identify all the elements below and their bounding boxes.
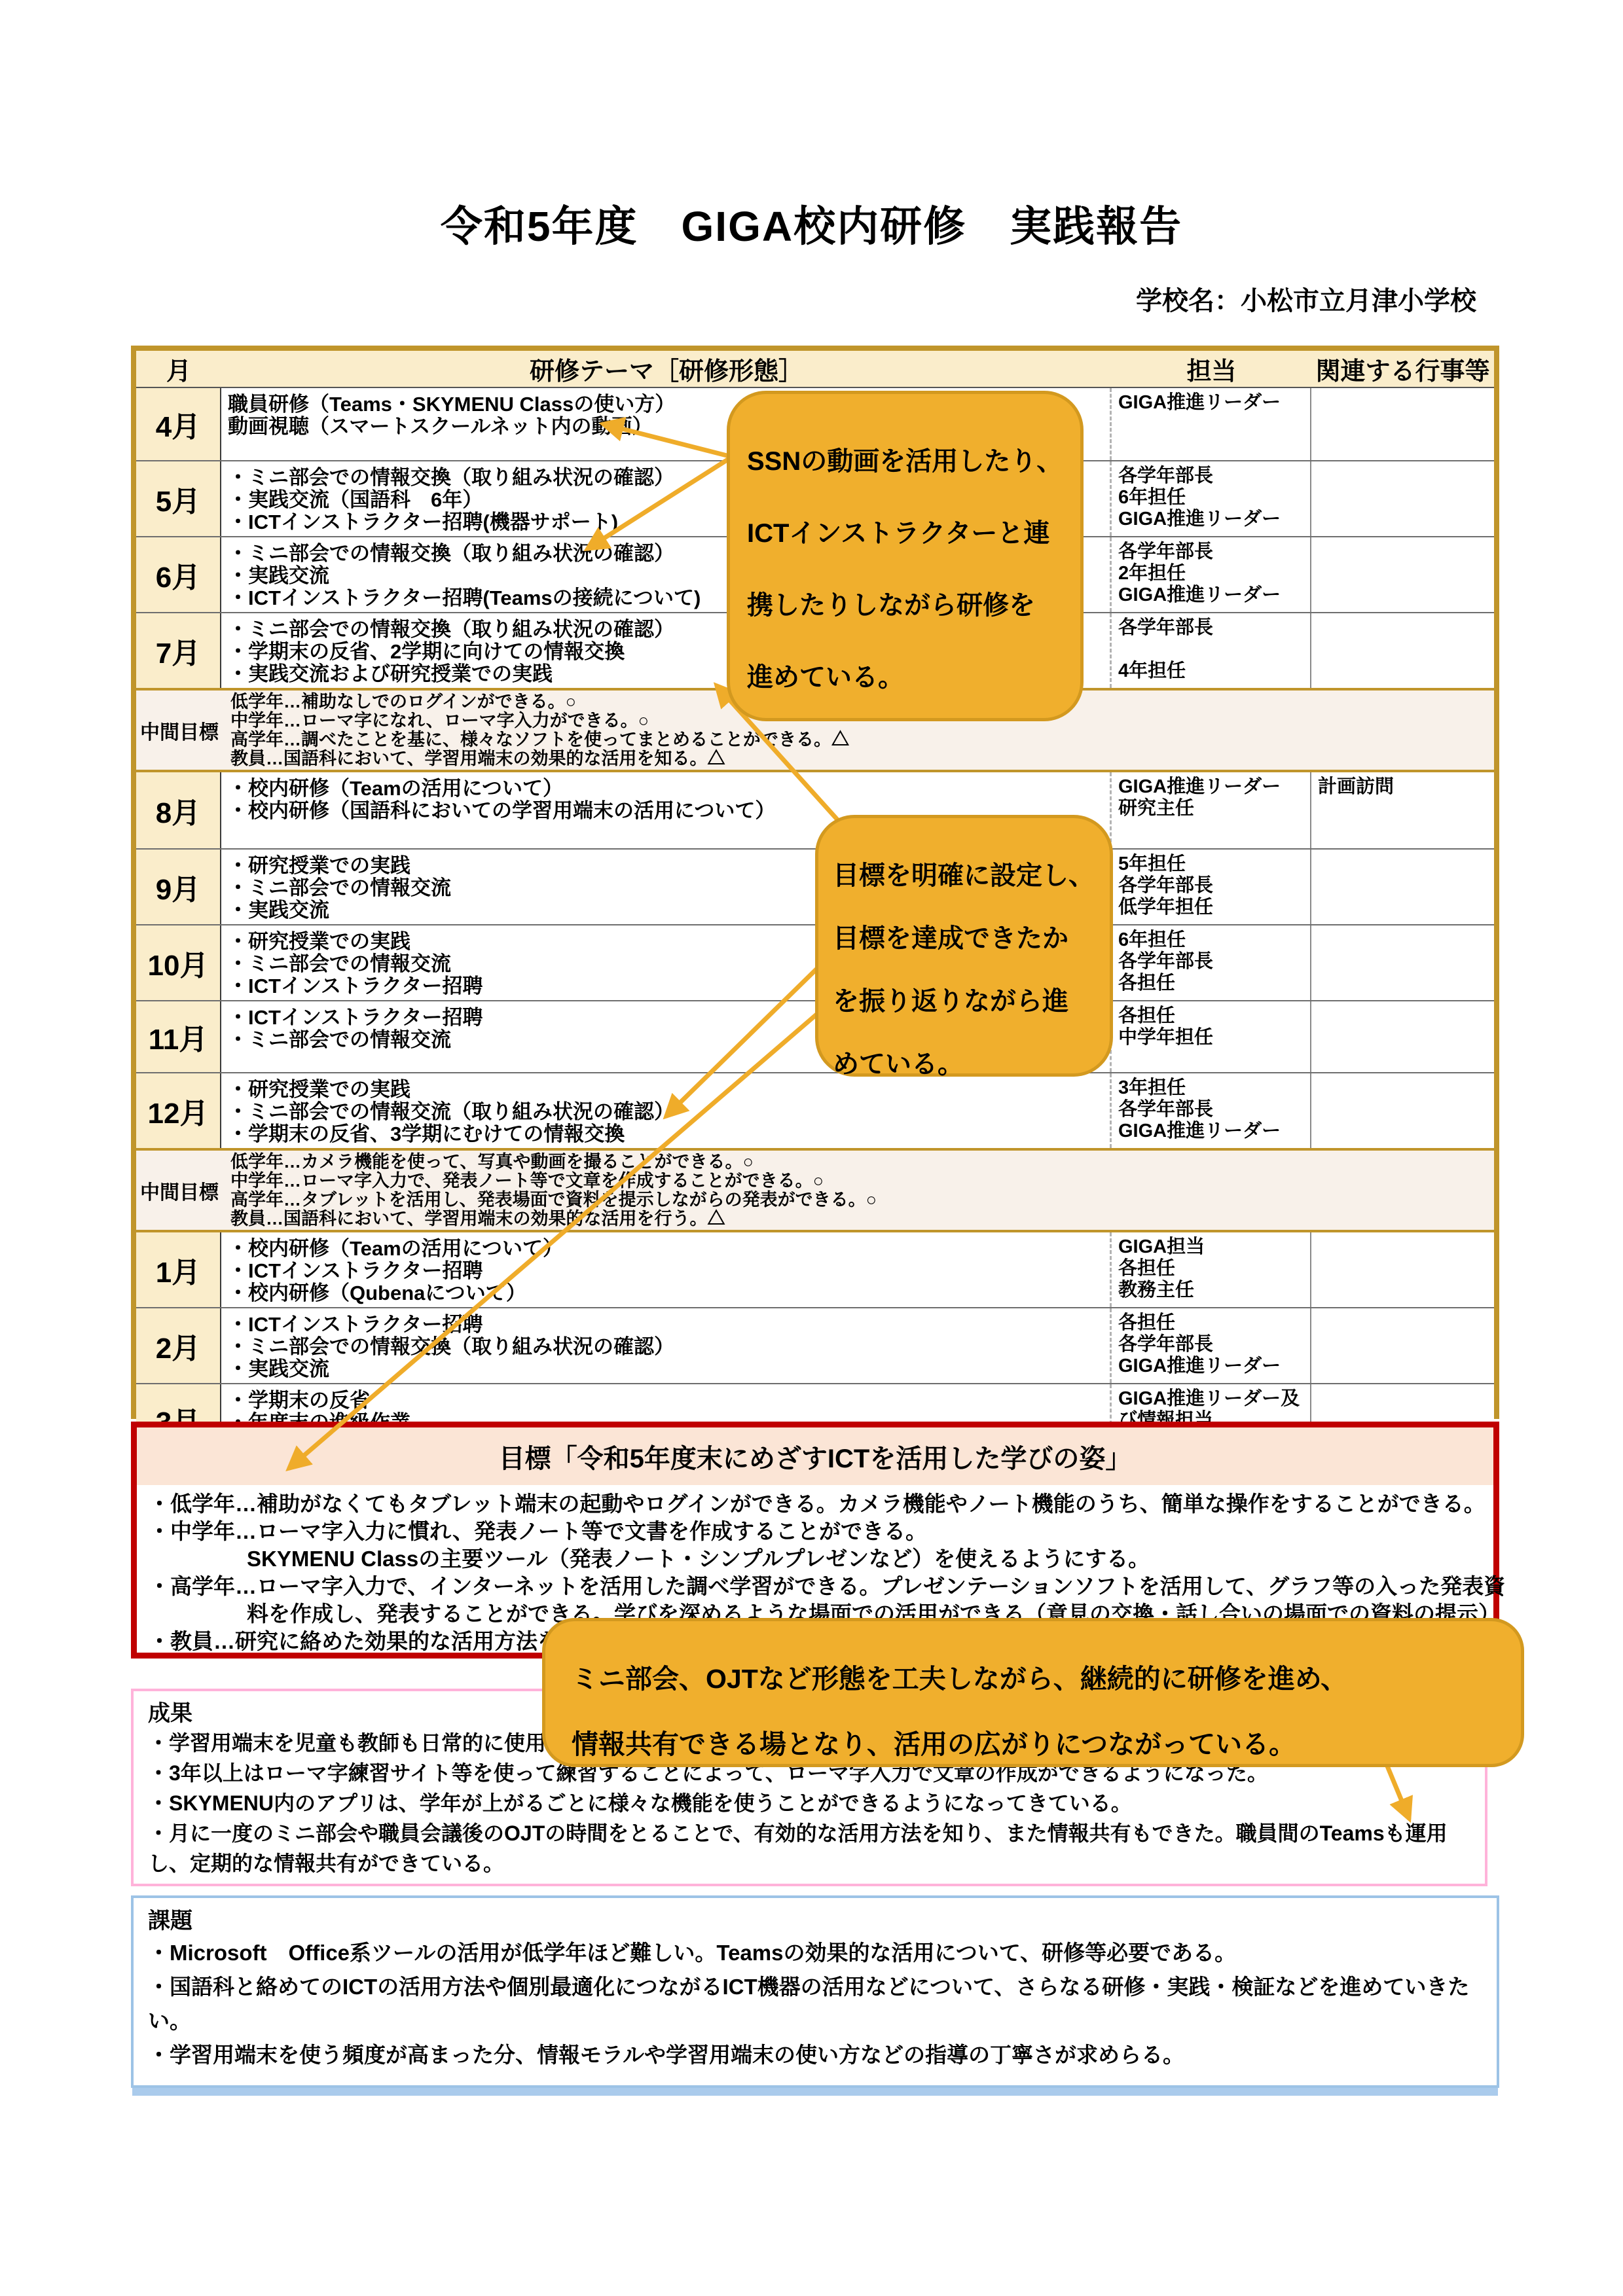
tanto-line: 各担任 — [1118, 1258, 1307, 1280]
theme-line: ・ICTインストラクター招聘 — [228, 1314, 1106, 1336]
callout-goal-reflection-note: 目標を明確に設定し、目標を達成できたかを振り返りながら進めている。 — [815, 815, 1113, 1077]
callout-line: めている。 — [833, 1033, 1110, 1096]
tanto-line: 各担任 — [1118, 1312, 1307, 1334]
tanto-cell: 6年担任各学年部長各担任 — [1112, 925, 1311, 1000]
theme-cell: ・ICTインストラクター招聘・ミニ部会での情報交換（取り組み状況の確認）・実践交… — [221, 1308, 1112, 1383]
month-cell: 6月 — [136, 537, 221, 612]
month-cell: 8月 — [136, 772, 221, 848]
tanto-cell: 各学年部長2年担任GIGA推進リーダー — [1112, 537, 1311, 612]
month-cell: 4月 — [136, 388, 221, 460]
tanto-cell: GIGA推進リーダー — [1112, 388, 1311, 460]
theme-line: ・ICTインストラクター招聘 — [228, 1260, 1106, 1282]
events-cell — [1311, 388, 1494, 460]
events-line: 計画訪問 — [1318, 776, 1491, 798]
goal-line: ・低学年…補助がなくてもタブレット端末の起動やログインができる。カメラ機能やノー… — [149, 1490, 1483, 1518]
callout-line: SSNの動画を活用したり、 — [747, 425, 1080, 497]
tanto-line: 各学年部長 — [1118, 875, 1307, 897]
tanto-cell: 3年担任各学年部長GIGA推進リーダー — [1112, 1073, 1311, 1148]
tanto-line: GIGA推進リーダー — [1118, 584, 1307, 606]
month-cell: 5月 — [136, 461, 221, 536]
month-cell: 1月 — [136, 1232, 221, 1307]
callout-line: 目標を明確に設定し、 — [833, 844, 1110, 907]
milestone-line: 教員…国語科において、学習用端末の効果的な活用を行う。△ — [230, 1210, 1491, 1229]
table-row: 1月・校内研修（Teamの活用について）・ICTインストラクター招聘・校内研修（… — [136, 1232, 1494, 1307]
header-events: 関連する行事等 — [1311, 351, 1494, 387]
tanto-line: 各学年部長 — [1118, 1099, 1307, 1121]
tanto-line — [1118, 639, 1307, 660]
goal-line: ・中学年…ローマ字入力に慣れ、発表ノート等で文書を作成することができる。 — [149, 1518, 1483, 1545]
tanto-line: 低学年担任 — [1118, 897, 1307, 918]
tanto-cell: 各担任各学年部長GIGA推進リーダー — [1112, 1308, 1311, 1383]
theme-line: ・ミニ部会での情報交換（取り組み状況の確認） — [228, 1336, 1106, 1358]
goal-box-title: 目標「令和5年度末にめざすICTを活用した学びの姿」 — [137, 1427, 1493, 1485]
callout-line: ミニ部会、OJTなど形態を工夫しながら、継続的に研修を進め、 — [572, 1646, 1521, 1712]
tanto-line: 各学年部長 — [1118, 465, 1307, 487]
events-cell — [1311, 1001, 1494, 1072]
table-row: 12月・研究授業での実践・ミニ部会での情報交流（取り組み状況の確認）・学期末の反… — [136, 1072, 1494, 1148]
theme-line: ・ミニ部会での情報交流（取り組み状況の確認） — [228, 1101, 1106, 1123]
milestone-lines: 低学年…カメラ機能を使って、写真や動画を撮ることができる。○中学年…ローマ字入力… — [223, 1151, 1494, 1230]
milestone-label: 中間目標 — [136, 691, 223, 770]
header-month: 月 — [136, 351, 221, 387]
tanto-line: 2年担任 — [1118, 563, 1307, 584]
issues-box: 課題 ・Microsoft Office系ツールの活用が低学年ほど難しい。Tea… — [131, 1895, 1499, 2088]
milestone-line: 教員…国語科において、学習用端末の効果的な活用を知る。△ — [230, 749, 1491, 768]
results-line: ・月に一度のミニ部会や職員会議後のOJTの時間をとることで、有効的な活用方法を知… — [148, 1818, 1470, 1878]
milestone-line: 中学年…ローマ字入力で、発表ノート等で文章を作成することができる。○ — [230, 1172, 1491, 1191]
issues-box-body: ・Microsoft Office系ツールの活用が低学年ほど難しい。Teamsの… — [148, 1936, 1482, 2072]
tanto-line: GIGA推進リーダー — [1118, 509, 1307, 530]
milestone-line: 低学年…カメラ機能を使って、写真や動画を撮ることができる。○ — [230, 1153, 1491, 1172]
tanto-line: GIGA推進リーダー — [1118, 392, 1307, 414]
tanto-cell: 各担任中学年担任 — [1112, 1001, 1311, 1072]
header-theme: 研修テーマ［研修形態］ — [221, 351, 1112, 387]
tanto-cell: 各学年部長 4年担任 — [1112, 613, 1311, 688]
tanto-line: 中学年担任 — [1118, 1027, 1307, 1049]
table-row: 8月・校内研修（Teamの活用について）・校内研修（国語科においての学習用端末の… — [136, 772, 1494, 848]
theme-line: ・校内研修（Qubenaについて） — [228, 1282, 1106, 1304]
issues-line: ・Microsoft Office系ツールの活用が低学年ほど難しい。Teamsの… — [148, 1936, 1482, 1970]
goal-line: SKYMENU Classの主要ツール（発表ノート・シンプルプレゼンなど）を使え… — [149, 1545, 1483, 1573]
callout-line: ICTインストラクターと連 — [747, 497, 1080, 569]
tanto-line: 4年担任 — [1118, 660, 1307, 682]
issues-line: ・国語科と絡めてのICTの活用方法や個別最適化につながるICT機器の活用などにつ… — [148, 1970, 1482, 2038]
theme-line: ・学期末の反省、3学期にむけての情報交換 — [228, 1123, 1106, 1145]
milestone-line: 高学年…タブレットを活用し、発表場面で資料を提示しながらの発表ができる。○ — [230, 1191, 1491, 1210]
results-line: ・SKYMENU内のアプリは、学年が上がるごとに様々な機能を使うことができるよう… — [148, 1788, 1470, 1818]
milestone-line: 高学年…調べたことを基に、様々なソフトを使ってまとめることができる。△ — [230, 730, 1491, 749]
tanto-line: 3年担任 — [1118, 1077, 1307, 1099]
issues-box-title: 課題 — [148, 1906, 1482, 1936]
events-cell — [1311, 850, 1494, 924]
callout-line: 情報共有できる場となり、活用の広がりにつながっている。 — [572, 1712, 1521, 1777]
month-cell: 9月 — [136, 850, 221, 924]
tanto-cell: GIGA推進リーダー研究主任 — [1112, 772, 1311, 848]
tanto-cell: 5年担任各学年部長低学年担任 — [1112, 850, 1311, 924]
tanto-line: 各学年部長 — [1118, 617, 1307, 639]
events-cell — [1311, 613, 1494, 688]
theme-line: ・学期末の反省 — [228, 1390, 1106, 1412]
events-cell — [1311, 537, 1494, 612]
tanto-cell: GIGA担当各担任教務主任 — [1112, 1232, 1311, 1307]
table-row: 2月・ICTインストラクター招聘・ミニ部会での情報交換（取り組み状況の確認）・実… — [136, 1307, 1494, 1383]
tanto-line: GIGA推進リーダー — [1118, 776, 1307, 798]
callout-ojt-sharing-note: ミニ部会、OJTなど形態を工夫しながら、継続的に研修を進め、情報共有できる場とな… — [542, 1618, 1524, 1767]
tanto-cell: 各学年部長6年担任GIGA推進リーダー — [1112, 461, 1311, 536]
callout-line: 目標を達成できたか — [833, 907, 1110, 970]
events-cell — [1311, 925, 1494, 1000]
school-name: 学校名：小松市立月津小学校 — [1136, 280, 1503, 317]
table-row: 中間目標低学年…カメラ機能を使って、写真や動画を撮ることができる。○中学年…ロー… — [136, 1148, 1494, 1232]
callout-line: 進めている。 — [747, 641, 1080, 713]
milestone-label: 中間目標 — [136, 1151, 223, 1230]
events-cell: 計画訪問 — [1311, 772, 1494, 848]
goal-line: ・高学年…ローマ字入力で、インターネットを活用した調べ学習ができる。プレゼンテー… — [149, 1573, 1483, 1600]
month-cell: 12月 — [136, 1073, 221, 1148]
tanto-line: 教務主任 — [1118, 1280, 1307, 1301]
tanto-line: 6年担任 — [1118, 487, 1307, 509]
report-page: 令和5年度 GIGA校内研修 実践報告 学校名：小松市立月津小学校 月 研修テー… — [0, 0, 1623, 2296]
theme-line: ・校内研修（Teamの活用について） — [228, 778, 1106, 800]
callout-line: 携したりしながら研修を — [747, 569, 1080, 641]
tanto-line: 各担任 — [1118, 973, 1307, 994]
theme-line: ・校内研修（Teamの活用について） — [228, 1238, 1106, 1260]
tanto-line: GIGA推進リーダー — [1118, 1355, 1307, 1377]
table-header-row: 月 研修テーマ［研修形態］ 担当 関連する行事等 — [136, 351, 1494, 388]
tanto-line: GIGA推進リーダー — [1118, 1121, 1307, 1142]
month-cell: 11月 — [136, 1001, 221, 1072]
month-cell: 7月 — [136, 613, 221, 688]
tanto-line: 5年担任 — [1118, 853, 1307, 875]
theme-cell: ・校内研修（Teamの活用について）・ICTインストラクター招聘・校内研修（Qu… — [221, 1232, 1112, 1307]
tanto-line: 各学年部長 — [1118, 951, 1307, 973]
tanto-line: 研究主任 — [1118, 798, 1307, 819]
issues-line: ・学習用端末を使う頻度が高まった分、情報モラルや学習用端末の使い方などの指導の丁… — [148, 2038, 1482, 2072]
tanto-line: 各学年部長 — [1118, 541, 1307, 563]
tanto-line: 各担任 — [1118, 1005, 1307, 1027]
events-cell — [1311, 1073, 1494, 1148]
tanto-line: 各学年部長 — [1118, 1334, 1307, 1355]
tanto-line: 6年担任 — [1118, 929, 1307, 951]
events-cell — [1311, 1308, 1494, 1383]
tanto-line: GIGA担当 — [1118, 1236, 1307, 1258]
page-title: 令和5年度 GIGA校内研修 実践報告 — [0, 193, 1623, 253]
month-cell: 10月 — [136, 925, 221, 1000]
theme-line: ・実践交流 — [228, 1358, 1106, 1380]
events-cell — [1311, 1232, 1494, 1307]
callout-line: を振り返りながら進 — [833, 970, 1110, 1033]
callout-ssn-ict-note: SSNの動画を活用したり、ICTインストラクターと連携したりしながら研修を進めて… — [727, 391, 1084, 721]
header-tanto: 担当 — [1112, 351, 1311, 387]
month-cell: 2月 — [136, 1308, 221, 1383]
events-cell — [1311, 461, 1494, 536]
